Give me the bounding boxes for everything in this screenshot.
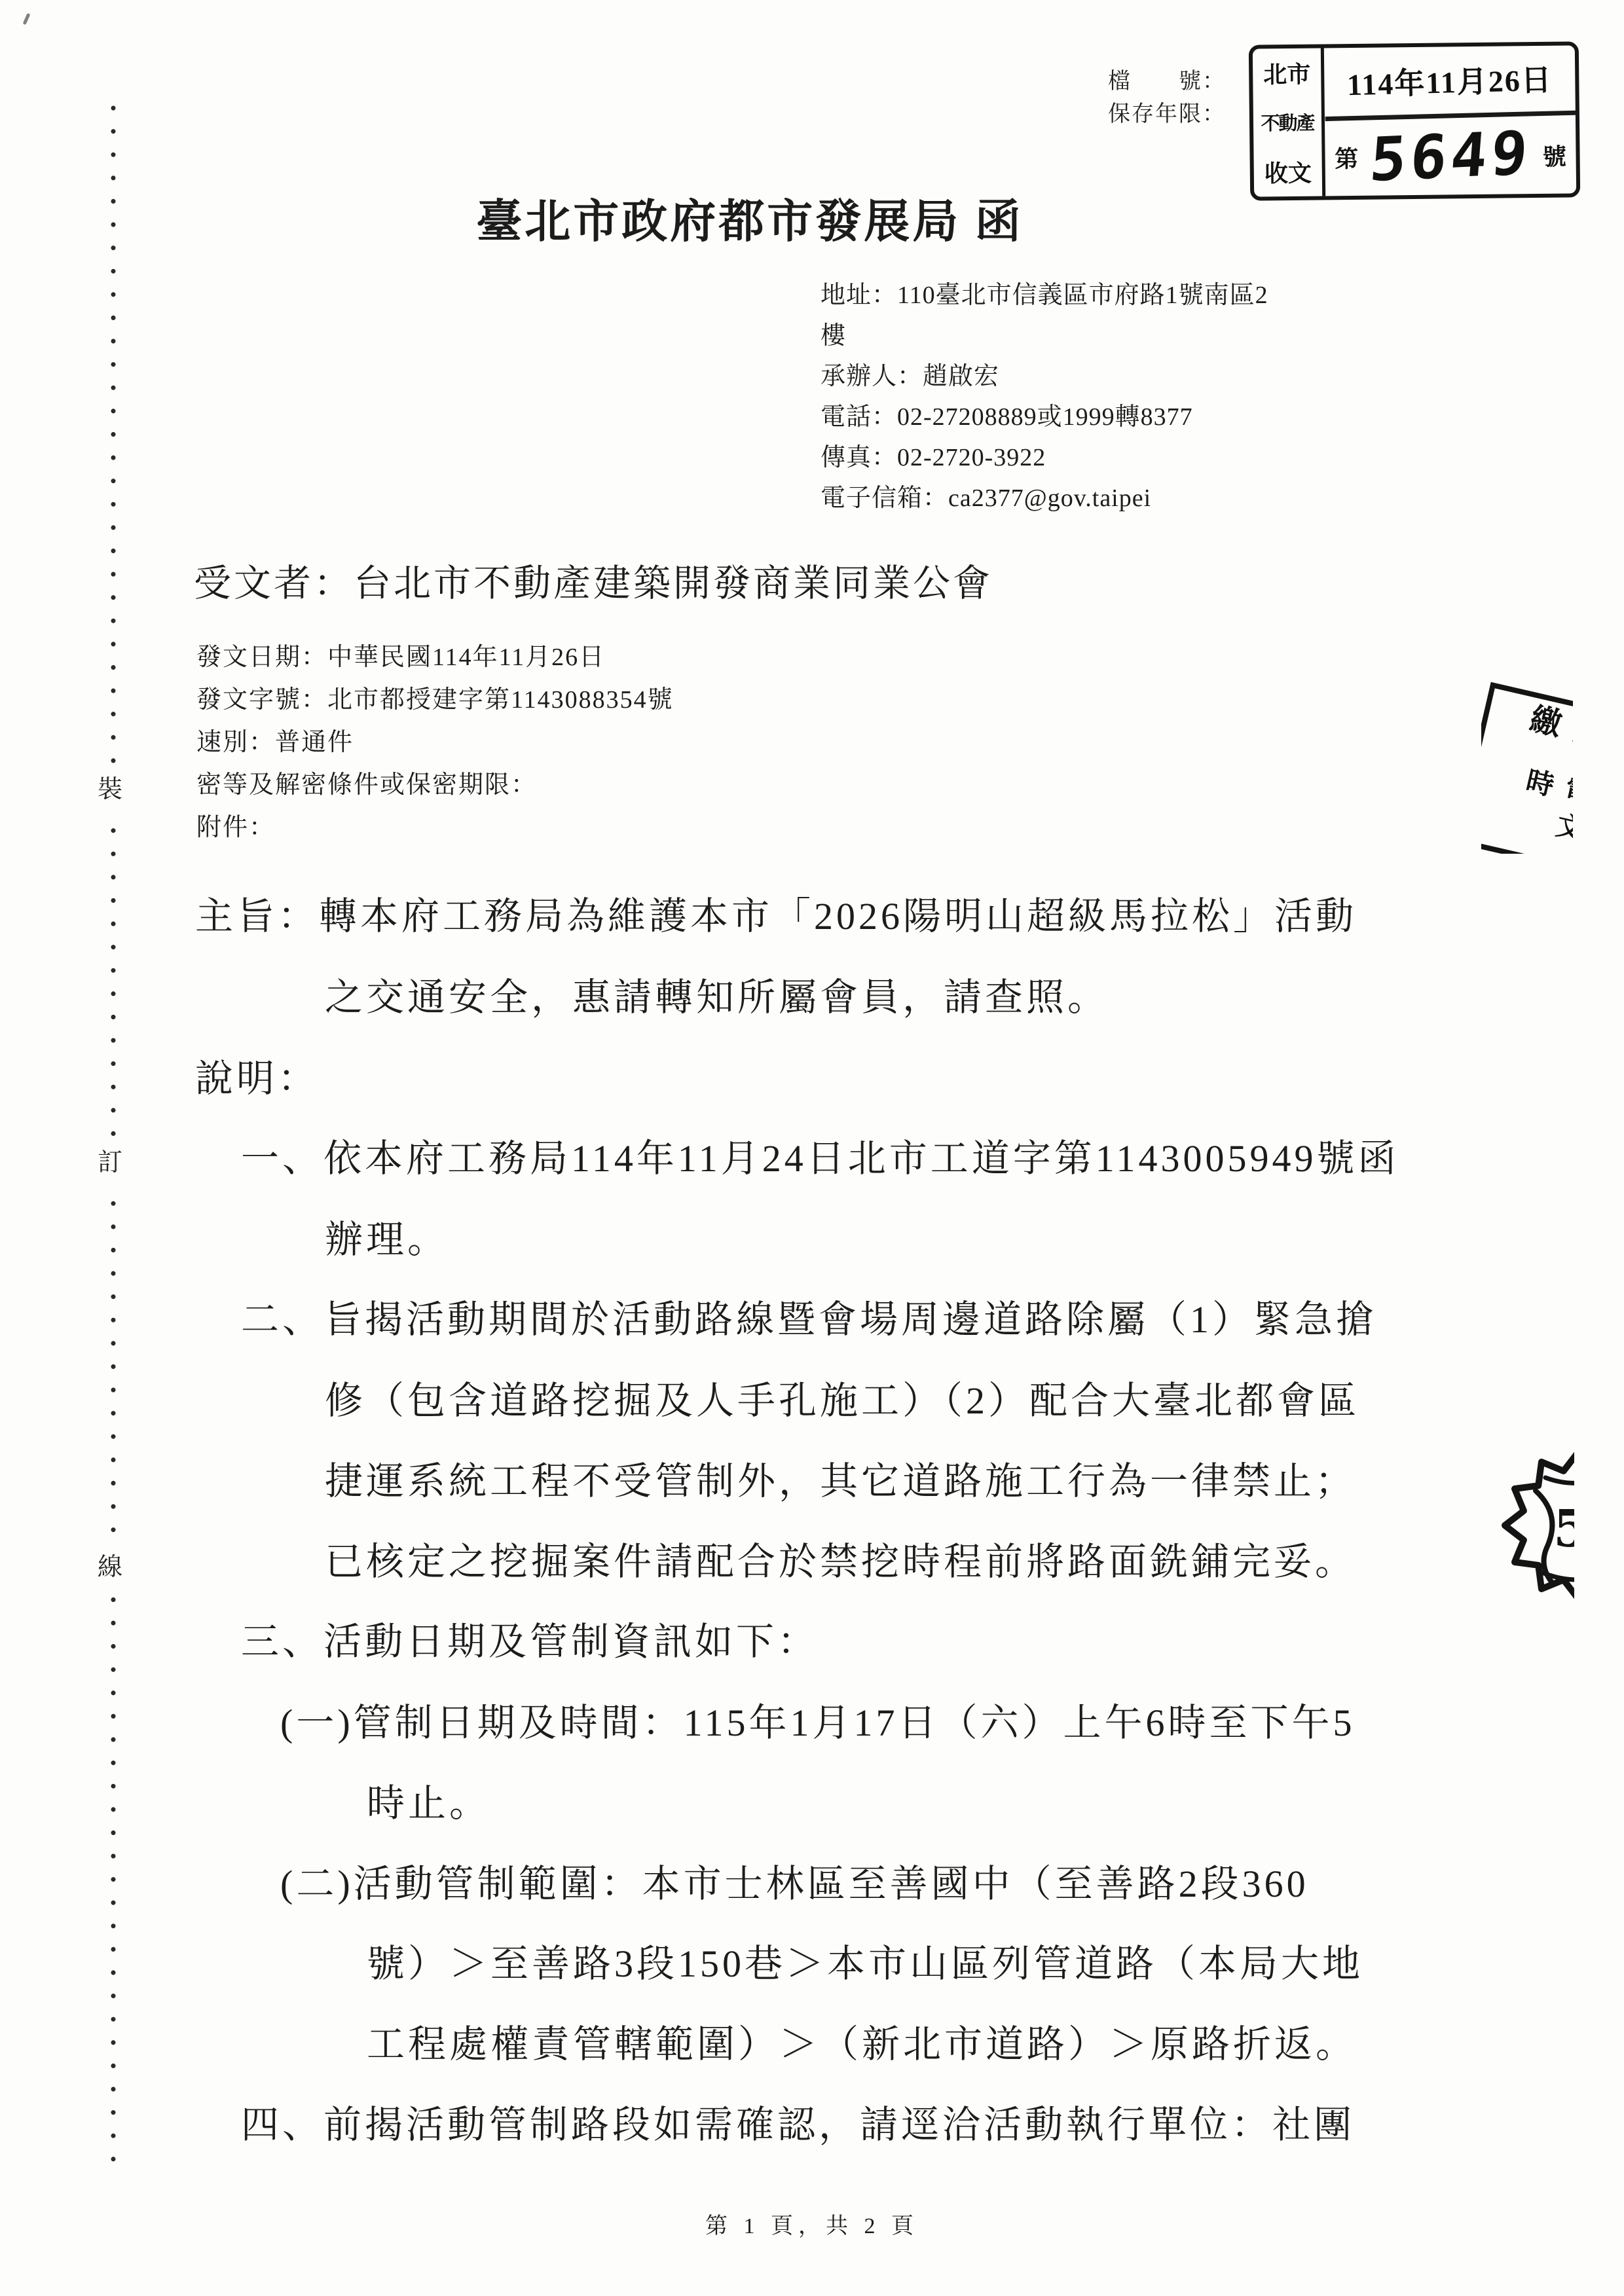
subject-line-2: 之交通安全，惠請轉知所屬會員，請查照。	[325, 966, 1109, 1021]
exchange-stamp-clip: 交繳 電文時	[1481, 678, 1573, 854]
seal-stamp-digit: 5	[1553, 1499, 1574, 1559]
exchange-stamp: 交繳 電文時	[1481, 682, 1573, 854]
meta-attachment: 附件：	[196, 807, 674, 849]
scanned-letter-page: 裝 訂 線 檔 號： 保存年限： 北市 不動產 收文 114年11月26日 第 …	[0, 0, 1624, 2296]
meta-issue-date: 發文日期：中華民國114年11月26日	[196, 636, 674, 679]
item-1-line-1: 一、依本府工務局114年11月24日北市工道字第1143005949號函	[241, 1127, 1399, 1182]
binding-mark-ding: 訂	[94, 1137, 126, 1183]
binding-mark-xian: 線	[94, 1541, 126, 1588]
item-4-line-1: 四、前揭活動管制路段如需確認，請逕洽活動執行單位：社團	[241, 2094, 1355, 2149]
contact-block: 地址：110臺北市信義區市府路1號南區2 樓 承辦人：趙啟宏 電話：02-272…	[821, 275, 1268, 519]
contact-email: 電子信箱：ca2377@gov.taipei	[821, 478, 1268, 519]
receipt-stamp-org-line3: 收文	[1253, 147, 1322, 196]
item-2-line-1: 二、旨揭活動期間於活動路線暨會場周邊道路除屬（1）緊急搶	[241, 1288, 1377, 1343]
document-title: 臺北市政府都市發展局 函	[406, 185, 1094, 251]
receipt-number-prefix: 第	[1335, 141, 1359, 174]
meta-doc-number: 發文字號：北市都授建字第1143088354號	[196, 679, 674, 721]
item-3-sub2-line-3: 工程處權責管轄範圍）＞（新北市道路）＞原路折返。	[367, 2013, 1357, 2068]
receipt-stamp-date: 114年11月26日	[1323, 44, 1576, 121]
recipient-line: 受文者：台北市不動產建築開發商業同業公會	[194, 553, 993, 607]
item-1-line-2: 辦理。	[325, 1209, 449, 1264]
contact-address-line1: 地址：110臺北市信義區市府路1號南區2	[821, 275, 1268, 316]
meta-security-class: 密等及解密條件或保密期限：	[196, 764, 674, 807]
contact-address-line2: 樓	[821, 316, 1268, 356]
item-2-line-3: 捷運系統工程不受管制外，其它道路施工行為一律禁止；	[325, 1450, 1356, 1505]
item-3-sub2-line-2: 號）＞至善路3段150巷＞本市山區列管道路（本局大地	[367, 1933, 1363, 1988]
meta-speed-class: 速別：普通件	[196, 721, 674, 764]
exchange-stamp-left-column: 電文時	[1481, 755, 1573, 854]
item-3-sub1-line-2: 時止。	[367, 1772, 490, 1827]
contact-phone: 電話：02-27208889或1999轉8377	[821, 397, 1268, 437]
receipt-number-suffix: 號	[1543, 139, 1567, 172]
contact-handler: 承辦人：趙啟宏	[821, 356, 1268, 397]
receipt-stamp: 北市 不動產 收文 114年11月26日 第 5649 號	[1249, 41, 1580, 200]
seal-stamp-clip: 5	[1500, 1442, 1574, 1612]
retention-period-label: 保存年限：	[1108, 98, 1226, 131]
page-footer: 第 1 頁，共 2 頁	[0, 2208, 1624, 2240]
filing-labels: 檔 號： 保存年限：	[1108, 65, 1226, 131]
contact-fax: 傳真：02-2720-3922	[821, 437, 1268, 478]
receipt-stamp-number-row: 第 5649 號	[1325, 117, 1576, 196]
receipt-stamp-org-line2: 不動產	[1253, 98, 1322, 147]
file-number-label: 檔 號：	[1108, 65, 1226, 98]
receipt-number-handwritten: 5649	[1367, 118, 1534, 195]
meta-block: 發文日期：中華民國114年11月26日 發文字號：北市都授建字第11430883…	[196, 636, 674, 849]
receipt-stamp-org-line1: 北市	[1253, 48, 1321, 98]
receipt-stamp-org-column: 北市 不動產 收文	[1253, 48, 1325, 196]
scan-artifact-mark	[23, 13, 31, 25]
binding-mark-zhuang: 裝	[94, 763, 126, 810]
explanation-label: 說明：	[195, 1048, 319, 1102]
item-3-line-1: 三、活動日期及管制資訊如下：	[241, 1611, 819, 1666]
item-3-sub1-line-1: (一)管制日期及時間：115年1月17日（六）上午6時至下午5	[280, 1692, 1355, 1747]
seal-stamp: 5	[1500, 1442, 1574, 1612]
item-3-sub2-line-1: (二)活動管制範圍：本市士林區至善國中（至善路2段360	[280, 1853, 1309, 1908]
item-2-line-2: 修（包含道路挖掘及人手孔施工）（2）配合大臺北都會區	[325, 1370, 1359, 1425]
subject-line-1: 主旨：轉本府工務局為維護本市「2026陽明山超級馬拉松」活動	[195, 885, 1357, 940]
item-2-line-4: 已核定之挖掘案件請配合於禁挖時程前將路面銑鋪完妥。	[325, 1531, 1356, 1586]
